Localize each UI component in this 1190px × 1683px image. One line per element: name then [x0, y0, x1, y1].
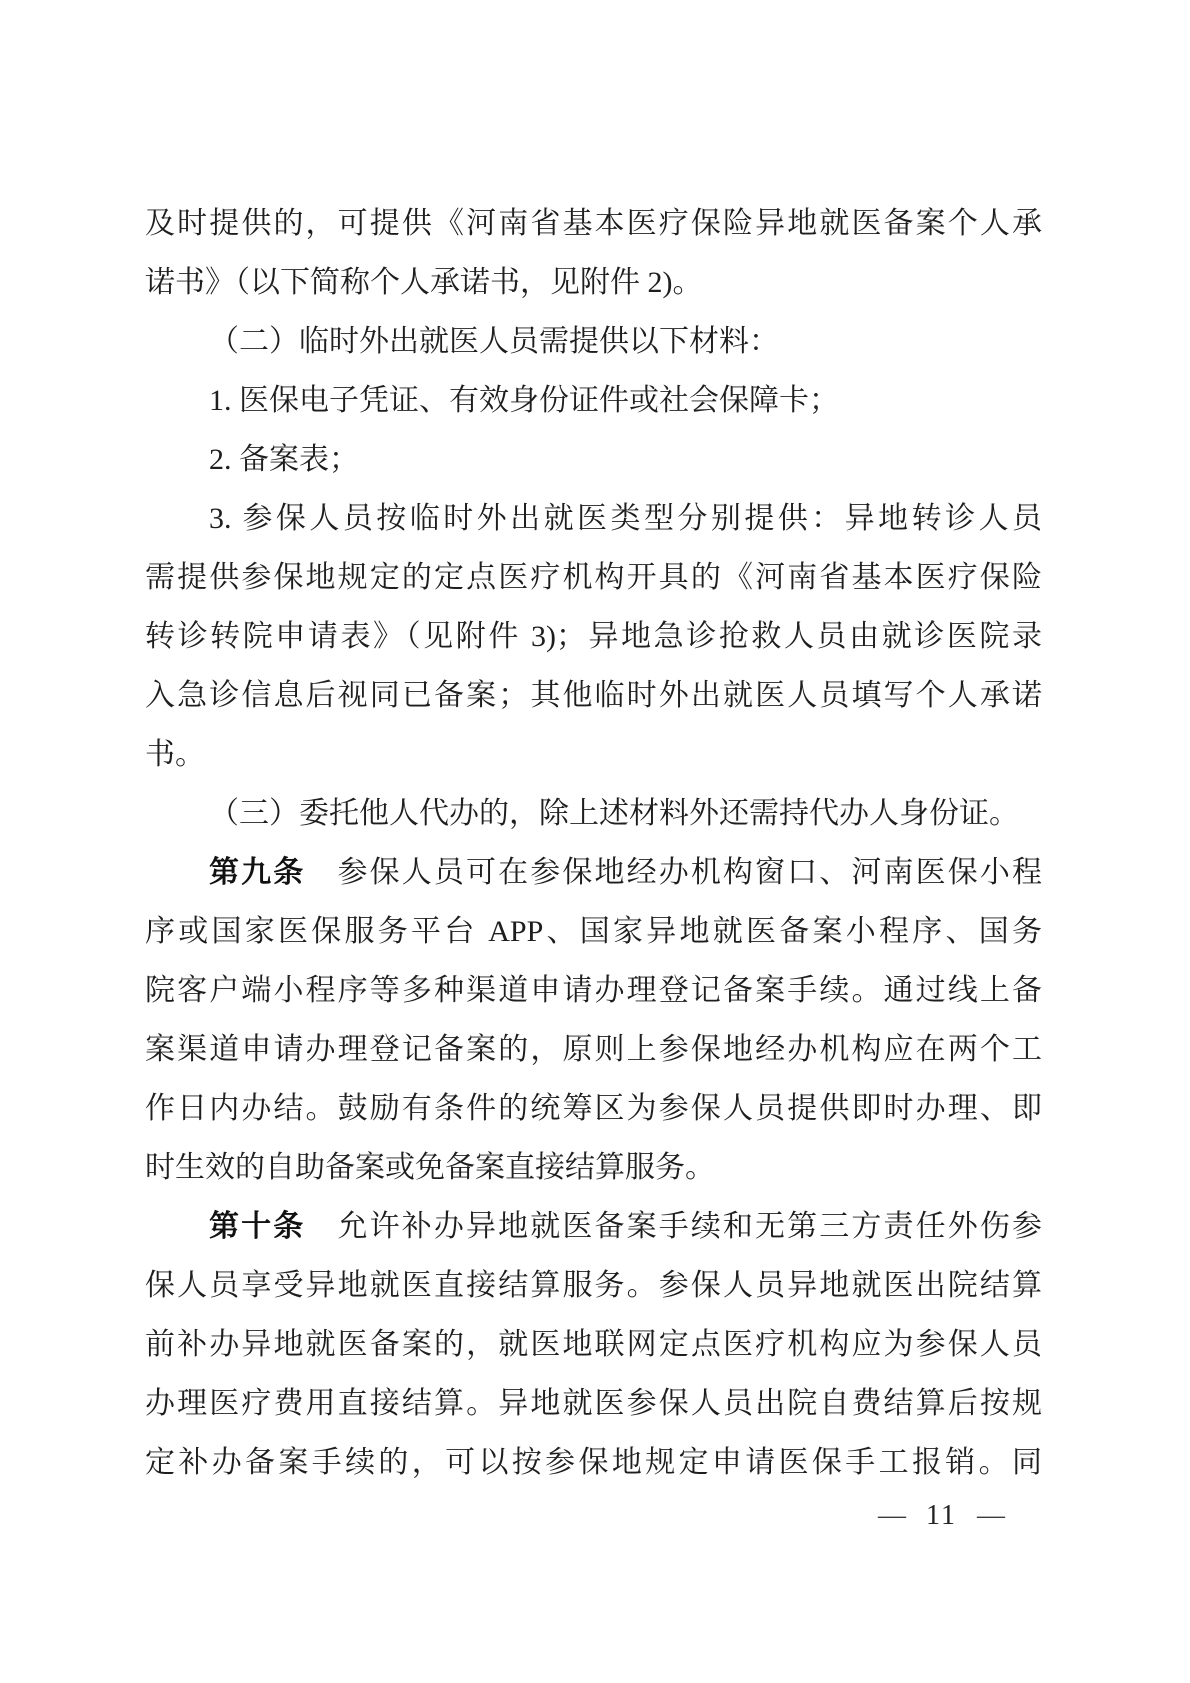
page-footer: — 11 —: [878, 1500, 1005, 1532]
text-line: 第九条 参保人员可在参保地经办机构窗口、河南医保小程: [145, 843, 1042, 902]
text-body: 及时提供的，可提供《河南省基本医疗保险异地就医备案个人承诺书》（以下简称个人承诺…: [145, 194, 1042, 1492]
text-line: 入急诊信息后视同已备案；其他临时外出就医人员填写个人承诺: [145, 666, 1042, 725]
text-line: 院客户端小程序等多种渠道申请办理登记备案手续。通过线上备: [145, 961, 1042, 1020]
footer-dash-right: —: [977, 1500, 1005, 1532]
article-number: 第十条: [209, 1210, 305, 1243]
text-line: 3. 参保人员按临时外出就医类型分别提供：异地转诊人员: [145, 489, 1042, 548]
text-line: 需提供参保地规定的定点医疗机构开具的《河南省基本医疗保险: [145, 548, 1042, 607]
text-line: 序或国家医保服务平台 APP、国家异地就医备案小程序、国务: [145, 902, 1042, 961]
text-line: 定补办备案手续的，可以按参保地规定申请医保手工报销。同: [145, 1433, 1042, 1492]
text-line: （三）委托他人代办的，除上述材料外还需持代办人身份证。: [145, 784, 1042, 843]
text-line: 保人员享受异地就医直接结算服务。参保人员异地就医出院结算: [145, 1256, 1042, 1315]
page-number: 11: [926, 1500, 957, 1532]
text-line: 办理医疗费用直接结算。异地就医参保人员出院自费结算后按规: [145, 1374, 1042, 1433]
text-line: 第十条 允许补办异地就医备案手续和无第三方责任外伤参: [145, 1197, 1042, 1256]
text-line: 案渠道申请办理登记备案的，原则上参保地经办机构应在两个工: [145, 1020, 1042, 1079]
text-line: 转诊转院申请表》（见附件 3)；异地急诊抢救人员由就诊医院录: [145, 607, 1042, 666]
text-line: 1. 医保电子凭证、有效身份证件或社会保障卡；: [145, 371, 1042, 430]
text-line: 书。: [145, 725, 1042, 784]
article-number: 第九条: [209, 856, 305, 889]
text-line: 诺书》（以下简称个人承诺书，见附件 2)。: [145, 253, 1042, 312]
text-line: 时生效的自助备案或免备案直接结算服务。: [145, 1138, 1042, 1197]
text-line: （二）临时外出就医人员需提供以下材料：: [145, 312, 1042, 371]
document-page: 及时提供的，可提供《河南省基本医疗保险异地就医备案个人承诺书》（以下简称个人承诺…: [0, 0, 1190, 1683]
text-line: 2. 备案表；: [145, 430, 1042, 489]
footer-dash-left: —: [878, 1500, 906, 1532]
text-line: 前补办异地就医备案的，就医地联网定点医疗机构应为参保人员: [145, 1315, 1042, 1374]
text-line: 及时提供的，可提供《河南省基本医疗保险异地就医备案个人承: [145, 194, 1042, 253]
text-line: 作日内办结。鼓励有条件的统筹区为参保人员提供即时办理、即: [145, 1079, 1042, 1138]
